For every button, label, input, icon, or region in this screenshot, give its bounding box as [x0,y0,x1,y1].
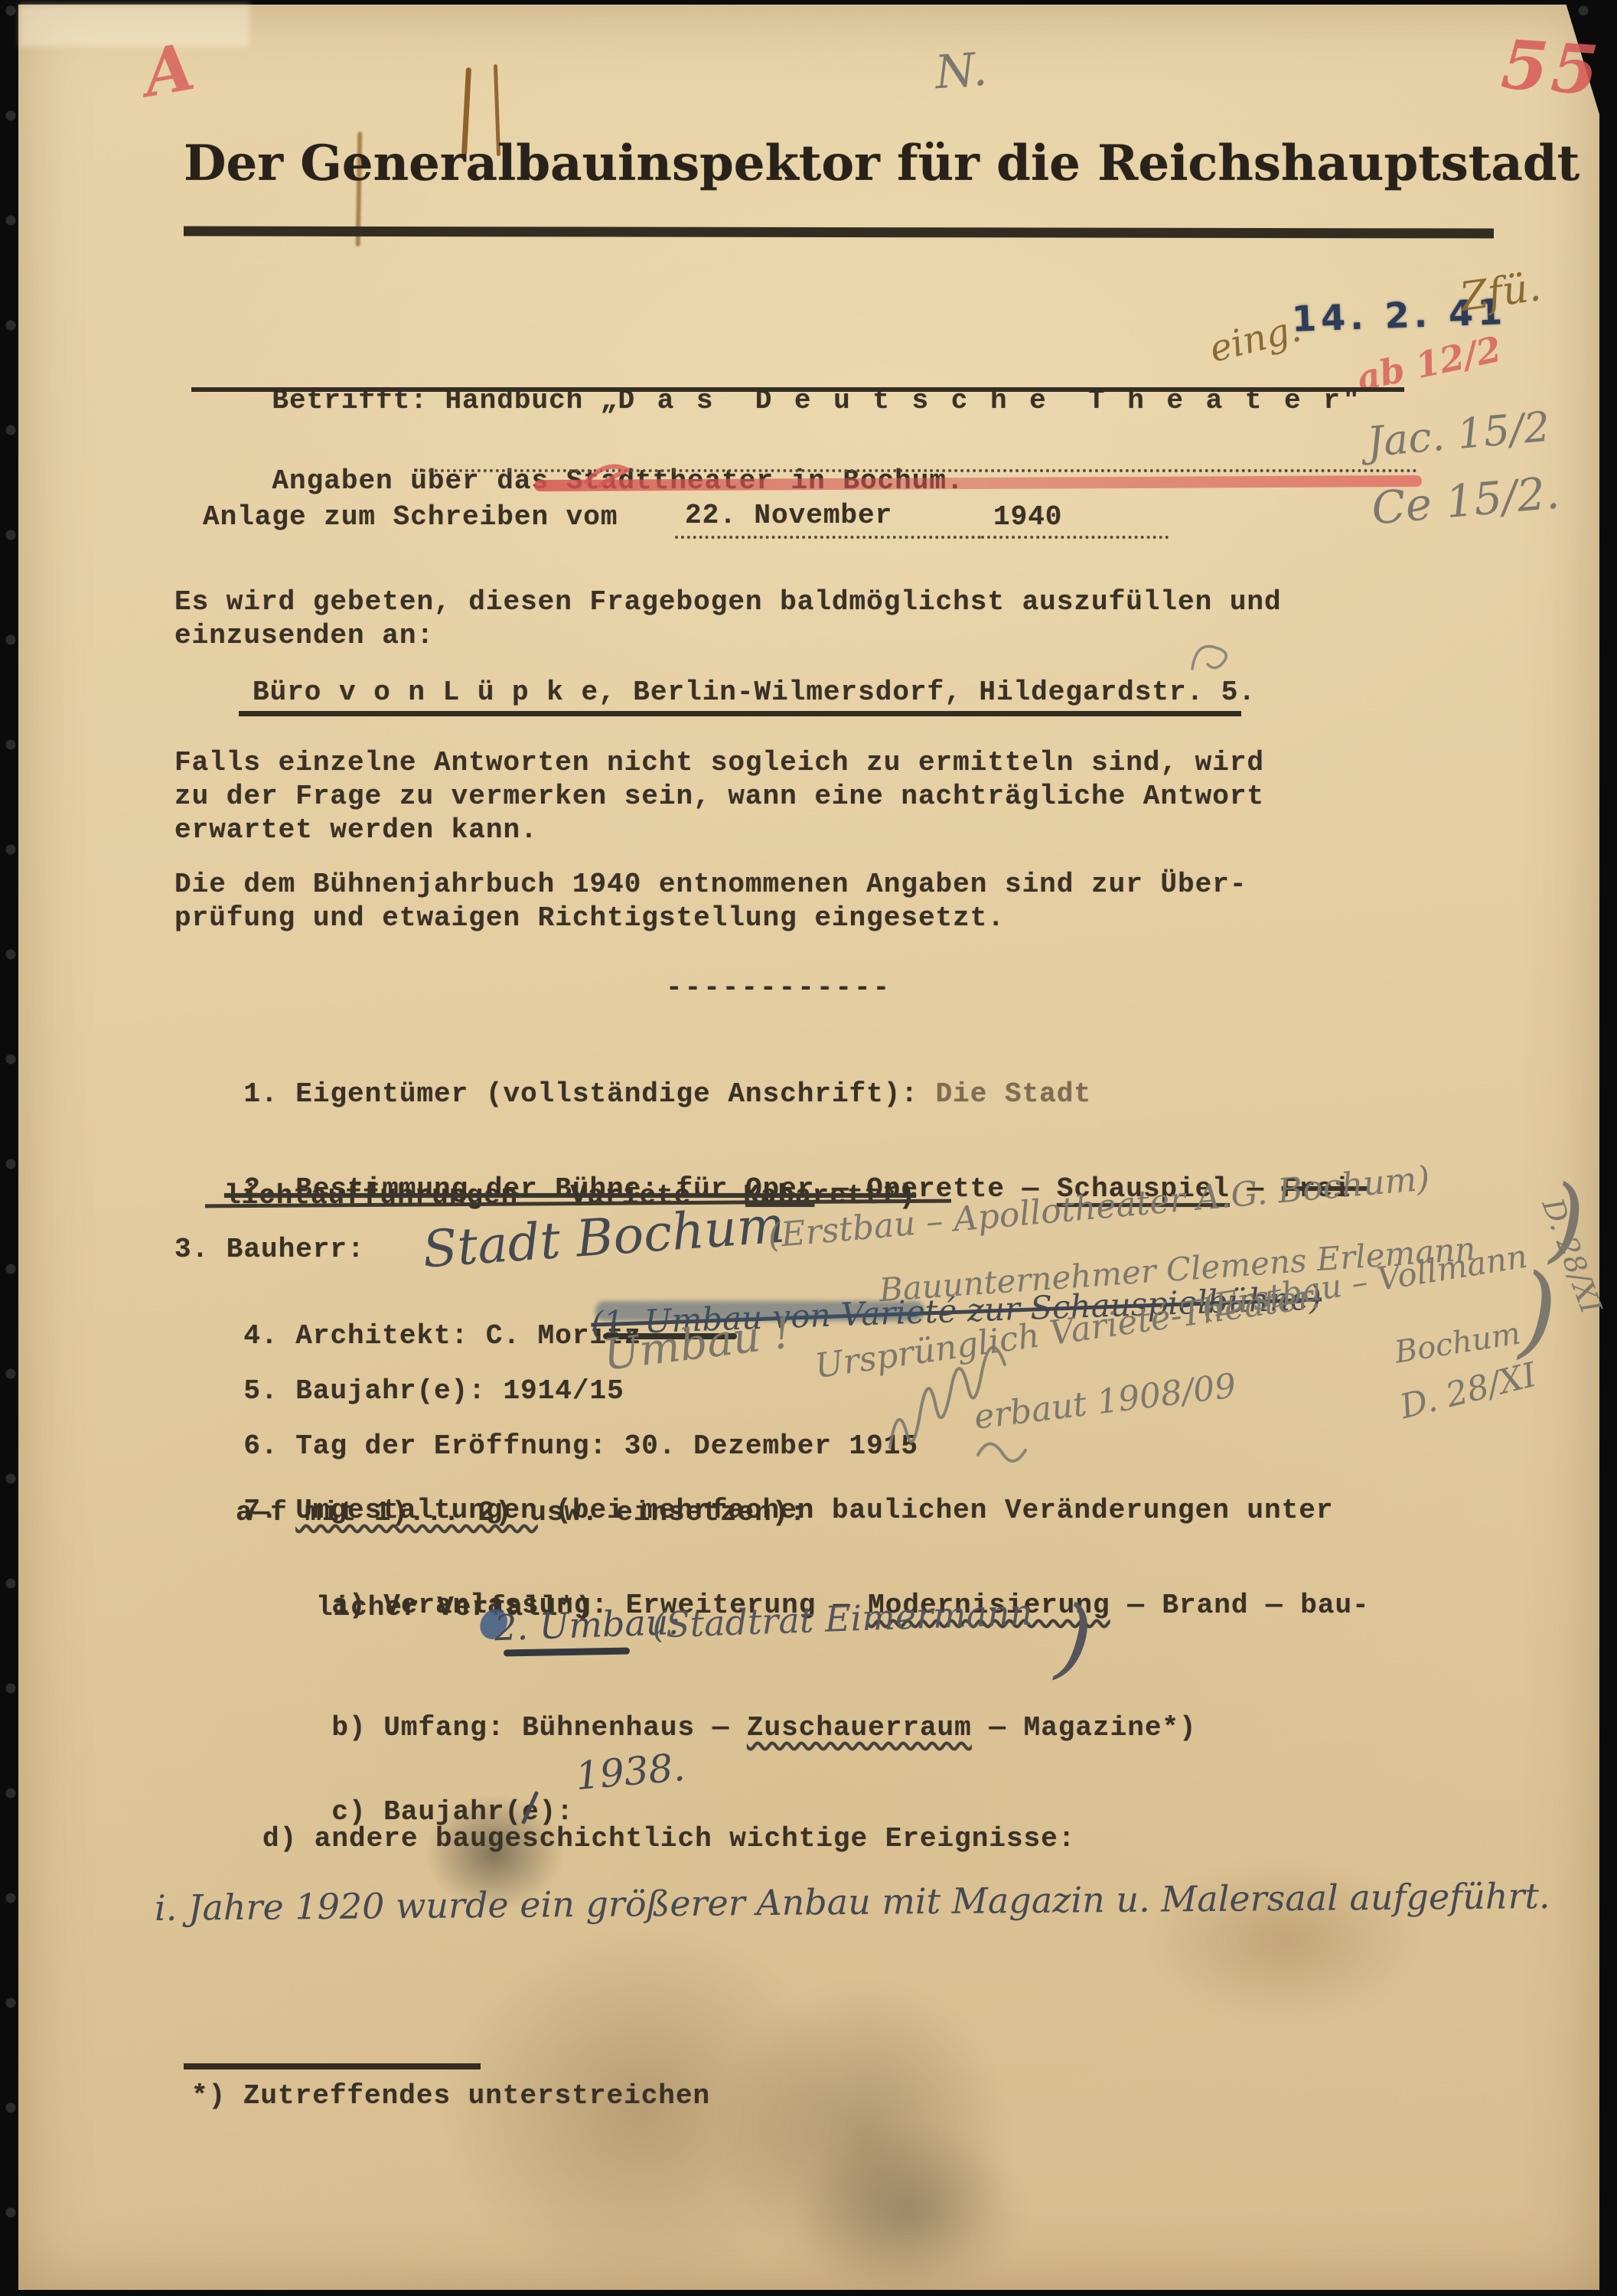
dotted-rule [675,536,981,539]
address-line: Büro v o n L ü p k e, Berlin-Wilmersdorf… [253,677,1256,708]
subject-underline [191,387,1404,392]
falls-line-1: Falls einzelne Antworten nicht sogleich … [174,747,1264,778]
red-crayon-hook [580,455,634,488]
question-3: 3. Bauherr: [174,1234,365,1265]
anlage-label: Anlage zum Schreiben vom [203,501,618,533]
question-7-line-2: a—f mit 1)... 2) usw. einsetzen): [236,1497,807,1528]
dash: — [1110,1590,1162,1621]
footnote-rule [184,2063,481,2069]
question-1: 1. Eigentümer (vollständige Anschrift): … [174,1047,1091,1141]
question-7b: b) Umfang: Bühnenhaus — Zuschauerraum — … [262,1681,1197,1775]
dotted-rule [422,469,1417,472]
dotted-rule [981,536,1169,539]
q6-answer: 30. Dezember 1915 [624,1430,918,1462]
qb-option-buehnenhaus: Bühnenhaus [522,1712,695,1743]
letterhead-title: Der Generalbauinspektor für die Reichsha… [184,135,1500,192]
intro-line-1: Es wird gebeten, diesen Fragebogen baldm… [174,586,1282,618]
qb-prefix: b) Umfang: [331,1712,522,1743]
falls-line-2: zu der Frage zu vermerken sein, wann ein… [174,781,1264,812]
footnote-text: *) Zutreffendes unterstreichen [191,2080,710,2112]
dash-separator: ------------ [666,972,892,1003]
hw-1938: 1938. [574,1745,687,1799]
annotation-n: N. [934,43,989,100]
address-underline [239,711,1241,716]
qa-option-bau: bau- [1300,1590,1369,1621]
dash: — [1248,1590,1300,1621]
q1-answer: Die Stadt [936,1078,1091,1110]
intro-line-2: einzusenden an: [174,620,434,651]
qb-option-magazine: Magazine*) [1024,1712,1197,1743]
dash: — [695,1712,747,1743]
falls-line-3: erwartet werden kann. [174,814,538,846]
question-7d: d) andere baugeschichtlich wichtige Erei… [262,1823,1075,1854]
pencil-scribble [886,1382,1047,1466]
big-paren: ) [1518,1252,1557,1368]
jahrbuch-line-1: Die dem Bühnenjahrbuch 1940 entnommenen … [174,869,1247,900]
q1-label: 1. Eigentümer (vollständige Anschrift): [243,1078,935,1110]
paper-edge-tear [20,5,249,47]
stain [796,2128,1025,2296]
qa-option-brand: Brand [1162,1590,1248,1621]
dash: — [972,1712,1024,1743]
qb-option-zuschauerraum: Zuschauerraum [747,1712,972,1743]
annotation-55: 55 [1499,24,1604,111]
scanned-document-page: A N. 55 Der Generalbauinspektor für die … [0,0,1617,2296]
anlage-year: 1940 [993,501,1062,533]
anlage-date: 22. November [685,500,892,531]
q6-label: 6. Tag der Eröffnung: [243,1430,624,1462]
jahrbuch-line-2: prüfung und etwaigen Richtigstellung ein… [174,902,1005,934]
